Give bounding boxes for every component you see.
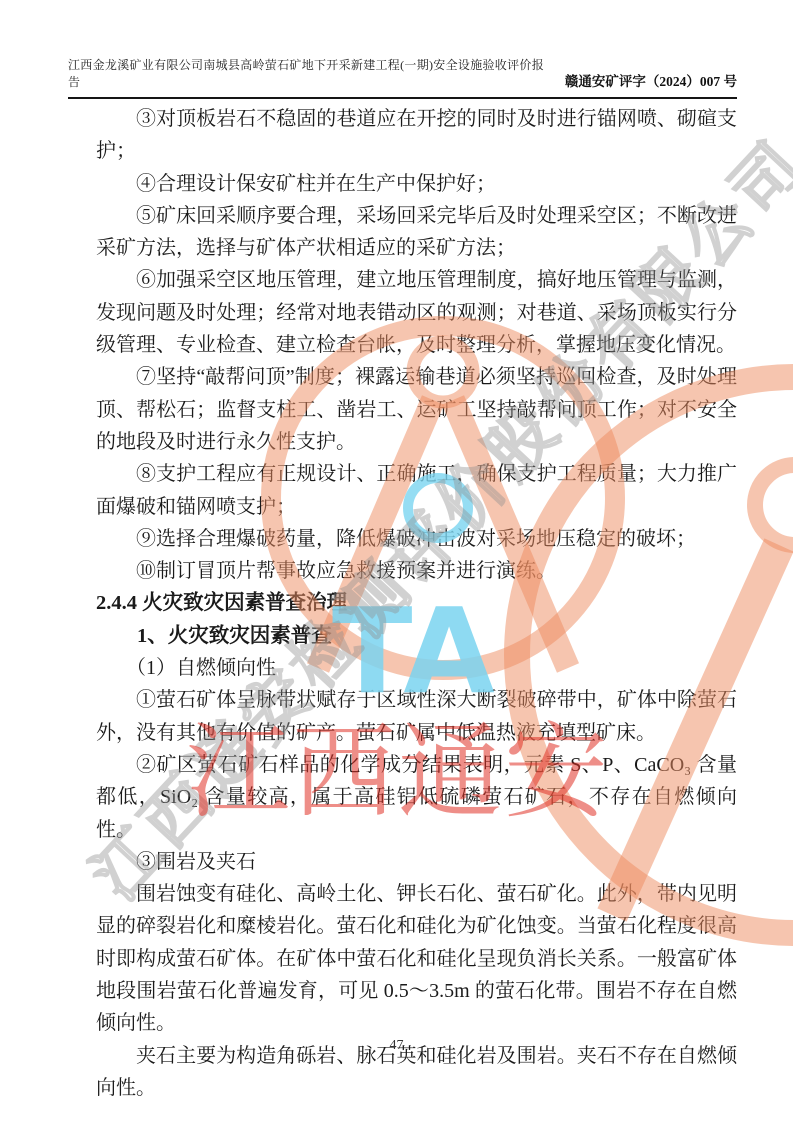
document-number: 赣通安矿评字（2024）007 号: [565, 70, 737, 90]
paragraph-orebody-occurrence: ①萤石矿体呈脉带状赋存于区域性深大断裂破碎带中，矿体中除萤石外，没有其他有价值的…: [96, 684, 737, 749]
paragraph-support-engineering: ⑧支护工程应有正规设计、正确施工，确保支护工程质量；大力推广面爆破和锚网喷支护；: [96, 458, 737, 523]
document-page: TA 江西通安检测评价股份有限公司 江西通安 江西金龙溪矿业有限公司南城县高岭萤…: [0, 0, 793, 1122]
document-body: ③对顶板岩石不稳固的巷道应在开挖的同时及时进行锚网喷、砌碹支护；④合理设计保安矿…: [96, 103, 737, 1104]
page-number: 47: [390, 1038, 404, 1053]
subsection-heading-fire-survey: 1、火灾致灾因素普查: [96, 620, 737, 652]
paragraph-roof-support: ③对顶板岩石不稳固的巷道应在开挖的同时及时进行锚网喷、砌碹支护；: [96, 103, 737, 168]
item-heading-spontaneous-combustion: （1）自燃倾向性: [96, 652, 737, 684]
page-footer: 47: [0, 1038, 793, 1054]
section-heading-2-4-4: 2.4.4 火灾致灾因素普查治理: [96, 587, 737, 619]
paragraph-ground-pressure: ⑥加强采空区地压管理，建立地压管理制度，搞好地压管理与监测，发现问题及时处理；经…: [96, 264, 737, 361]
paragraph-chemical-composition: ②矿区萤石矿石样品的化学成分结果表明，元素 S、P、CaCO₃ 含量都低，SiO…: [96, 749, 737, 846]
paragraph-emergency-plan: ⑩制订冒顶片帮事故应急救援预案并进行演练。: [96, 555, 737, 587]
paragraph-rock-alteration: 围岩蚀变有硅化、高岭土化、钾长石化、萤石矿化。此外，带内见明显的碎裂岩化和糜棱岩…: [96, 878, 737, 1039]
paragraph-safety-pillar: ④合理设计保安矿柱并在生产中保护好；: [96, 168, 737, 200]
paragraph-roof-inspection: ⑦坚持“敲帮问顶”制度；裸露运输巷道必须坚持巡回检查，及时处理顶、帮松石；监督支…: [96, 361, 737, 458]
paragraph-blasting-charge: ⑨选择合理爆破药量，降低爆破冲击波对采场地压稳定的破坏；: [96, 523, 737, 555]
report-title: 江西金龙溪矿业有限公司南城县高岭萤石矿地下开采新建工程(一期)安全设施验收评价报…: [68, 56, 555, 90]
paragraph-mining-sequence: ⑤矿床回采顺序要合理，采场回采完毕后及时处理采空区；不断改进采矿方法，选择与矿体…: [96, 200, 737, 265]
page-header: 江西金龙溪矿业有限公司南城县高岭萤石矿地下开采新建工程(一期)安全设施验收评价报…: [68, 56, 737, 99]
item-heading-surrounding-rock: ③围岩及夹石: [96, 846, 737, 878]
